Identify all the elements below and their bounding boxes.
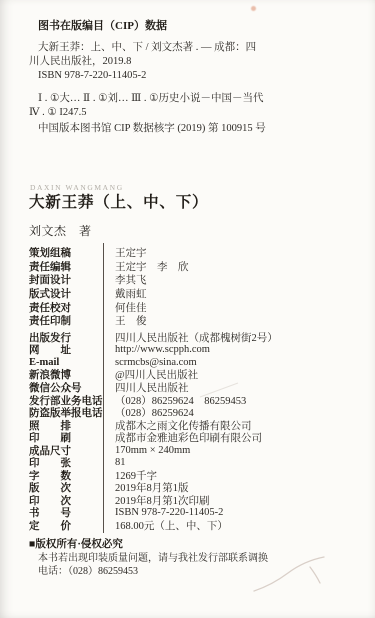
book-title: 大新王莽（上、中、下）	[29, 194, 208, 213]
publication-info-list: 出版发行四川人民出版社（成都槐树街2号）网 址http://www.scpph.…	[29, 331, 278, 532]
cip-classification-line1: Ⅰ . ①大… Ⅱ . ①刘… Ⅲ . ①历史小说－中国－当代	[38, 93, 264, 106]
cip-header: 图书在版编目（CIP）数据	[38, 20, 167, 33]
credit-row: 封面设计李其飞	[29, 273, 189, 287]
credit-label: E-mail	[29, 357, 103, 368]
credit-value: http://www.scpph.com	[103, 344, 210, 355]
credit-value: 王 俊	[103, 313, 147, 328]
book-author: 刘文杰 著	[29, 224, 92, 238]
credit-value: 81	[103, 457, 126, 468]
book-title-pinyin: DAXIN WANGMANG	[30, 183, 124, 192]
credit-row: 策划组稿王定宇	[29, 246, 189, 260]
cip-classification-line2: Ⅳ . ① I247.5	[29, 107, 87, 120]
scan-smudge-artifact	[196, 379, 246, 401]
credit-label: 定 价	[29, 518, 103, 533]
cip-record-number: 中国版本图书馆 CIP 数据核字 (2019) 第 100915 号	[38, 123, 266, 136]
credit-value: ISBN 978-7-220-11405-2	[103, 507, 223, 518]
copyright-notice-line3: 电话：（028）86259453	[38, 566, 138, 578]
credit-label: 网 址	[29, 342, 103, 357]
credit-value: scrmcbs@sina.com	[103, 357, 197, 368]
credit-row: 责任印制王 俊	[29, 314, 189, 328]
credit-row: 责任编辑王定宇 李 欣	[29, 260, 189, 274]
cip-entry-line2: 川人民出版社，2019.8	[29, 56, 131, 69]
credit-value: 2019年8月第1次印刷	[103, 493, 210, 508]
credit-row: 定 价168.00元（上、中、下）	[29, 519, 278, 532]
copyright-notice-line1: ■版权所有·侵权必究	[29, 539, 123, 552]
staff-credits-list: 策划组稿王定宇责任编辑王定宇 李 欣封面设计李其飞版式设计戴雨虹责任校对何佳佳责…	[29, 246, 189, 328]
credit-value: 170mm × 240mm	[103, 445, 190, 456]
credit-row: 版式设计戴雨虹	[29, 287, 189, 301]
credit-row: 责任校对何佳佳	[29, 300, 189, 314]
credit-label: 责任印制	[29, 313, 103, 328]
credit-value: 四川人民出版社（成都槐树街2号）	[103, 330, 278, 345]
copyright-page: 图书在版编目（CIP）数据 大新王莽：上、中、下 / 刘文杰著 . — 成都：四…	[0, 0, 375, 618]
cip-isbn: ISBN 978-7-220-11405-2	[38, 70, 146, 83]
scan-pencil-scribble-artifact	[240, 545, 360, 600]
scan-red-dot-artifact	[251, 6, 256, 11]
copyright-notice-line2: 本书若出现印装质量问题，请与我社发行部联系调换	[38, 553, 268, 565]
cip-entry-line1: 大新王莽：上、中、下 / 刘文杰著 . — 成都：四	[38, 42, 256, 55]
credit-value: 168.00元（上、中、下）	[103, 518, 228, 533]
credit-value: 成都市金雅迪彩色印刷有限公司	[103, 430, 262, 445]
credit-row: 网 址http://www.scpph.com	[29, 344, 278, 357]
